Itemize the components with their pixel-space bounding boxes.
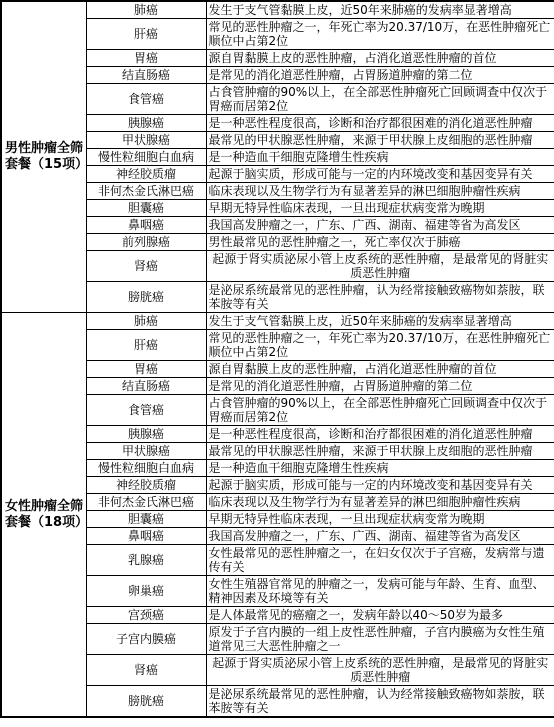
cancer-name-cell: 胆囊癌 [86,200,206,217]
cancer-name-cell: 子宫内膜癌 [86,624,206,655]
cancer-desc-cell: 是常见的消化道恶性肿瘤，占胃肠道肿瘤的第二位 [206,67,554,84]
cancer-name-cell: 慢性粒细胞白血病 [86,460,206,477]
cancer-desc-cell: 常见的恶性肿瘤之一，年死亡率为20.37/10万，在恶性肿瘤死亡顺位中占第2位 [206,330,554,361]
cancer-desc-cell: 是泌尿系统最常见的恶性肿瘤，认为经常接触致癌物如萘胺，联苯胺等有关 [206,282,554,313]
cancer-desc-cell: 是人体最常见的癌瘤之一，发病年龄以40～50岁为最多 [206,607,554,624]
cancer-desc-cell: 是一种造血干细胞克隆增生性疾病 [206,149,554,166]
cancer-desc-cell: 是常见的消化道恶性肿瘤，占胃肠道肿瘤的第二位 [206,378,554,395]
cancer-name-cell: 肺癌 [86,313,206,330]
cancer-desc-cell: 是一种造血干细胞克隆增生性疾病 [206,460,554,477]
cancer-name-cell: 食管癌 [86,84,206,115]
cancer-name-cell: 乳腺癌 [86,545,206,576]
cancer-desc-cell: 占食管肿瘤的90%以上，在全部恶性肿瘤死亡回顾调查中仅次于胃癌而居第2位 [206,84,554,115]
cancer-desc-cell: 临床表现以及生物学行为有显著差异的淋巴细胞肿瘤性疾病 [206,494,554,511]
cancer-desc-cell: 临床表现以及生物学行为有显著差异的淋巴细胞肿瘤性疾病 [206,183,554,200]
cancer-name-cell: 胆囊癌 [86,511,206,528]
screening-table: 男性肿瘤全筛套餐（15项）肺癌 发生于支气管黏膜上皮，近50年来肺癌的发病率显著… [0,0,554,718]
cancer-desc-cell: 最常见的甲状腺恶性肿瘤，来源于甲状腺上皮细胞的恶性肿瘤 [206,443,554,460]
cancer-name-cell: 肾癌 [86,655,206,686]
cancer-desc-cell: 起源于脑实质，形成可能与一定的内环境改变和基因变异有关 [206,477,554,494]
cancer-name-cell: 肾癌 [86,251,206,282]
cancer-name-cell: 神经胶质瘤 [86,166,206,183]
cancer-desc-cell: 是一种恶性程度很高，诊断和治疗都很困难的消化道恶性肿瘤 [206,426,554,443]
cancer-desc-cell: 源自胃黏膜上皮的恶性肿瘤，占消化道恶性肿瘤的首位 [206,361,554,378]
cancer-name-cell: 肺癌 [86,1,206,19]
cancer-desc-cell: 源自胃黏膜上皮的恶性肿瘤，占消化道恶性肿瘤的首位 [206,50,554,67]
cancer-name-cell: 结直肠癌 [86,378,206,395]
package-header: 男性肿瘤全筛套餐（15项） [1,1,86,313]
cancer-name-cell: 肝癌 [86,330,206,361]
cancer-name-cell: 膀胱癌 [86,282,206,313]
cancer-screening-document: 男性肿瘤全筛套餐（15项）肺癌 发生于支气管黏膜上皮，近50年来肺癌的发病率显著… [0,0,554,727]
cancer-desc-cell: 起源于肾实质泌尿小管上皮系统的恶性肿瘤，是最常见的肾脏实质恶性肿瘤 [206,655,554,686]
table-row: 男性肿瘤全筛套餐（15项）肺癌 发生于支气管黏膜上皮，近50年来肺癌的发病率显著… [1,1,554,19]
table-row: 女性肿瘤全筛套餐（18项）肺癌 发生于支气管黏膜上皮，近50年来肺癌的发病率显著… [1,313,554,330]
cancer-desc-cell: 我国高发肿瘤之一，广东、广西、湖南、福建等省为高发区 [206,217,554,234]
cancer-name-cell: 膀胱癌 [86,686,206,718]
cancer-name-cell: 非何杰金氏淋巴癌 [86,494,206,511]
cancer-name-cell: 慢性粒细胞白血病 [86,149,206,166]
cancer-desc-cell: 起源于肾实质泌尿小管上皮系统的恶性肿瘤，是最常见的肾脏实质恶性肿瘤 [206,251,554,282]
cancer-name-cell: 甲状腺癌 [86,443,206,460]
package-header: 女性肿瘤全筛套餐（18项） [1,313,86,718]
cancer-desc-cell: 男性最常见的恶性肿瘤之一，死亡率仅次于肺癌 [206,234,554,251]
cancer-desc-cell: 最常见的甲状腺恶性肿瘤，来源于甲状腺上皮细胞的恶性肿瘤 [206,132,554,149]
cancer-name-cell: 前列腺癌 [86,234,206,251]
cancer-desc-cell: 女性最常见的恶性肿瘤之一，在妇女仅次于子宫癌，发病常与遗传有关 [206,545,554,576]
cancer-desc-cell: 占食管肿瘤的90%以上，在全部恶性肿瘤死亡回顾调查中仅次于胃癌而居第2位 [206,395,554,426]
cancer-name-cell: 非何杰金氏淋巴癌 [86,183,206,200]
cancer-name-cell: 胃癌 [86,361,206,378]
cancer-name-cell: 肝癌 [86,19,206,50]
cancer-name-cell: 神经胶质瘤 [86,477,206,494]
cancer-desc-cell: 我国高发肿瘤之一，广东、广西、湖南、福建等省为高发区 [206,528,554,545]
cancer-name-cell: 结直肠癌 [86,67,206,84]
table-body: 男性肿瘤全筛套餐（15项）肺癌 发生于支气管黏膜上皮，近50年来肺癌的发病率显著… [1,1,554,717]
cancer-name-cell: 甲状腺癌 [86,132,206,149]
cancer-desc-cell: 早期无特异性临床表现，一旦出现症状病变常为晚期 [206,511,554,528]
cancer-desc-cell: 发生于支气管黏膜上皮，近50年来肺癌的发病率显著增高 [206,1,554,19]
cancer-name-cell: 胰腺癌 [86,115,206,132]
cancer-desc-cell: 女性生殖器官常见的肿瘤之一，发病可能与年龄、生育、血型、精神因素及环境等有关 [206,576,554,607]
cancer-desc-cell: 是一种恶性程度很高，诊断和治疗都很困难的消化道恶性肿瘤 [206,115,554,132]
cancer-desc-cell: 常见的恶性肿瘤之一，年死亡率为20.37/10万，在恶性肿瘤死亡顺位中占第2位 [206,19,554,50]
cancer-name-cell: 鼻咽癌 [86,528,206,545]
cancer-desc-cell: 是泌尿系统最常见的恶性肿瘤，认为经常接触致癌物如萘胺，联苯胺等有关 [206,686,554,718]
cancer-name-cell: 宫颈癌 [86,607,206,624]
cancer-desc-cell: 发生于支气管黏膜上皮，近50年来肺癌的发病率显著增高 [206,313,554,330]
cancer-name-cell: 胰腺癌 [86,426,206,443]
cancer-desc-cell: 早期无特异性临床表现，一旦出现症状病变常为晚期 [206,200,554,217]
cancer-desc-cell: 原发于子宫内膜的一组上皮性恶性肿瘤，子宫内膜癌为女性生殖道常见三大恶性肿瘤之一 [206,624,554,655]
cancer-name-cell: 胃癌 [86,50,206,67]
cancer-name-cell: 食管癌 [86,395,206,426]
cancer-desc-cell: 起源于脑实质，形成可能与一定的内环境改变和基因变异有关 [206,166,554,183]
cancer-name-cell: 鼻咽癌 [86,217,206,234]
cancer-name-cell: 卵巢癌 [86,576,206,607]
